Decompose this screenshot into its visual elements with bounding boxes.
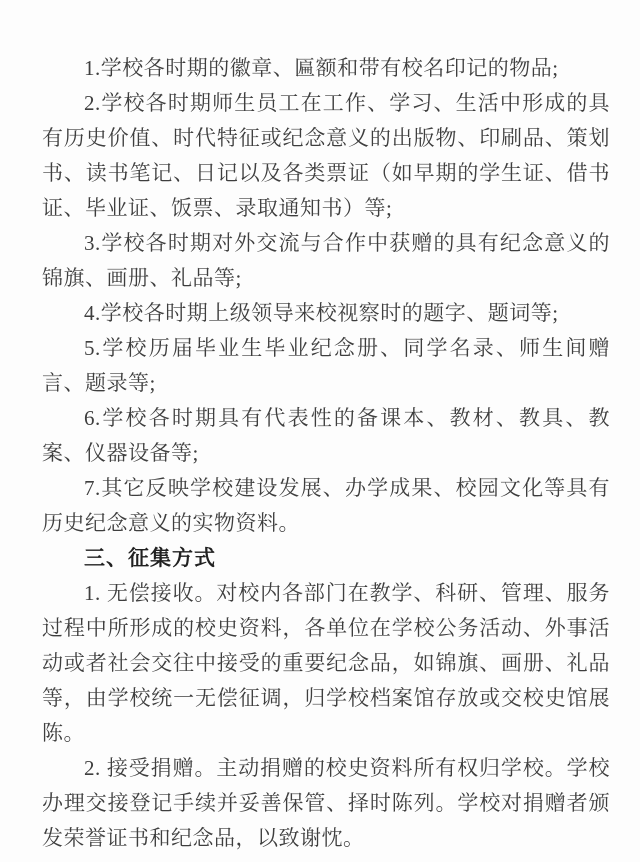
document-body: 1.学校各时期的徽章、匾额和带有校名印记的物品;2.学校各时期师生员工在工作、学… <box>42 51 610 856</box>
paragraph: 6.学校各时期具有代表性的备课本、教材、教具、教案、仪器设备等; <box>42 401 610 471</box>
document-page: 1.学校各时期的徽章、匾额和带有校名印记的物品;2.学校各时期师生员工在工作、学… <box>0 0 640 862</box>
section-heading: 三、征集方式 <box>42 541 610 576</box>
paragraph: 1.学校各时期的徽章、匾额和带有校名印记的物品; <box>42 51 610 86</box>
paragraph: 3.学校各时期对外交流与合作中获赠的具有纪念意义的锦旗、画册、礼品等; <box>42 226 610 296</box>
paragraph: 2. 接受捐赠。主动捐赠的校史资料所有权归学校。学校办理交接登记手续并妥善保管、… <box>42 751 610 856</box>
paragraph: 2.学校各时期师生员工在工作、学习、生活中形成的具有历史价值、时代特征或纪念意义… <box>42 86 610 226</box>
paragraph: 7.其它反映学校建设发展、办学成果、校园文化等具有历史纪念意义的实物资料。 <box>42 471 610 541</box>
paragraph: 4.学校各时期上级领导来校视察时的题字、题词等; <box>42 296 610 331</box>
paragraph: 5.学校历届毕业生毕业纪念册、同学名录、师生间赠言、题录等; <box>42 331 610 401</box>
paragraph: 1. 无偿接收。对校内各部门在教学、科研、管理、服务过程中所形成的校史资料，各单… <box>42 576 610 751</box>
